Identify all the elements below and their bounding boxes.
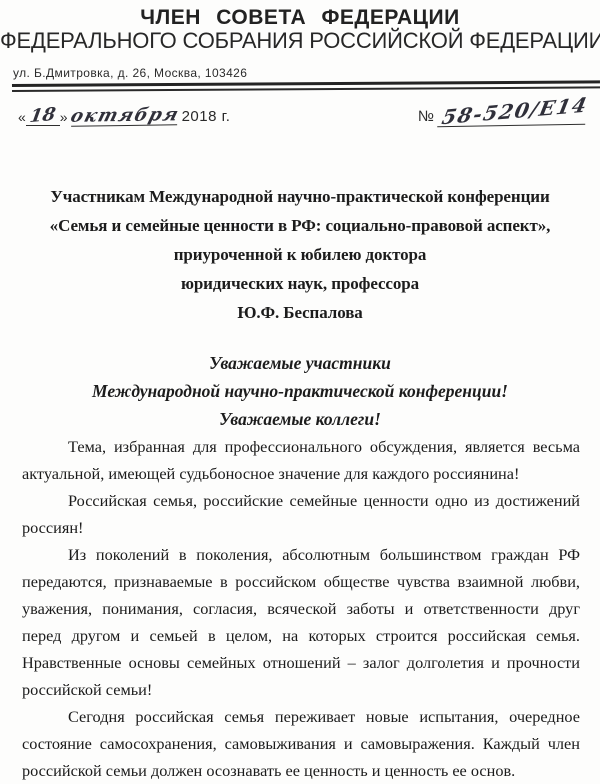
date-year-label: 2018 г.: [182, 108, 231, 126]
letter-page: ЧЛЕН СОВЕТА ФЕДЕРАЦИИ ФЕДЕРАЛЬНОГО СОБРА…: [0, 0, 600, 784]
body-paragraph: Российская семья, российские семейные це…: [22, 487, 580, 541]
date-day-underline: 18: [26, 107, 60, 126]
number-underline: 58-520/Е14: [437, 98, 585, 128]
letterhead-address: ул. Б.Дмитровка, д. 26, Москва, 103426: [13, 66, 600, 80]
reference-row: « 18 » октября 2018 г. № 58-520/Е14: [18, 99, 585, 126]
salutation-line: Международной научно-практической конфер…: [0, 377, 600, 405]
addressee-line: «Семья и семейные ценности в РФ: социаль…: [0, 211, 600, 240]
body-paragraph: Из поколений в поколения, абсолютным бол…: [22, 541, 580, 703]
addressee-name: Ю.Ф. Беспалова: [0, 298, 600, 327]
handwritten-number: 58-520/Е14: [440, 95, 590, 128]
addressee-line: юридических наук, профессора: [0, 269, 600, 298]
date-open-quote: «: [18, 109, 26, 126]
letterhead-title-line2: ФЕДЕРАЛЬНОГО СОБРАНИЯ РОССИЙСКОЙ ФЕДЕРАЦ…: [0, 29, 600, 53]
body-paragraph: Сегодня российская семья переживает новы…: [22, 703, 580, 784]
salutation-line: Уважаемые коллеги!: [0, 405, 600, 433]
handwritten-day: 18: [29, 106, 57, 126]
body-paragraph: Тема, избранная для профессионального об…: [22, 433, 580, 487]
date-close-quote: »: [60, 109, 68, 126]
addressee-line: приуроченной к юбилею доктора: [0, 240, 600, 269]
letter-body: Тема, избранная для профессионального об…: [22, 433, 580, 784]
letterhead-title-line1: ЧЛЕН СОВЕТА ФЕДЕРАЦИИ: [0, 7, 600, 29]
salutation-line: Уважаемые участники: [0, 349, 600, 377]
letterhead-divider-rule: [12, 80, 600, 92]
addressee-line: Участникам Международной научно-практиче…: [0, 182, 600, 211]
document-number-field: № 58-520/Е14: [418, 99, 585, 126]
letterhead: ЧЛЕН СОВЕТА ФЕДЕРАЦИИ ФЕДЕРАЛЬНОГО СОБРА…: [0, 0, 600, 92]
handwritten-month: октября: [68, 106, 181, 126]
date-month-underline: октября: [70, 106, 176, 126]
number-sign: №: [418, 108, 434, 126]
date-field: « 18 » октября 2018 г.: [18, 107, 230, 126]
addressee-block: Участникам Международной научно-практиче…: [0, 182, 600, 327]
salutation-block: Уважаемые участники Международной научно…: [0, 349, 600, 433]
